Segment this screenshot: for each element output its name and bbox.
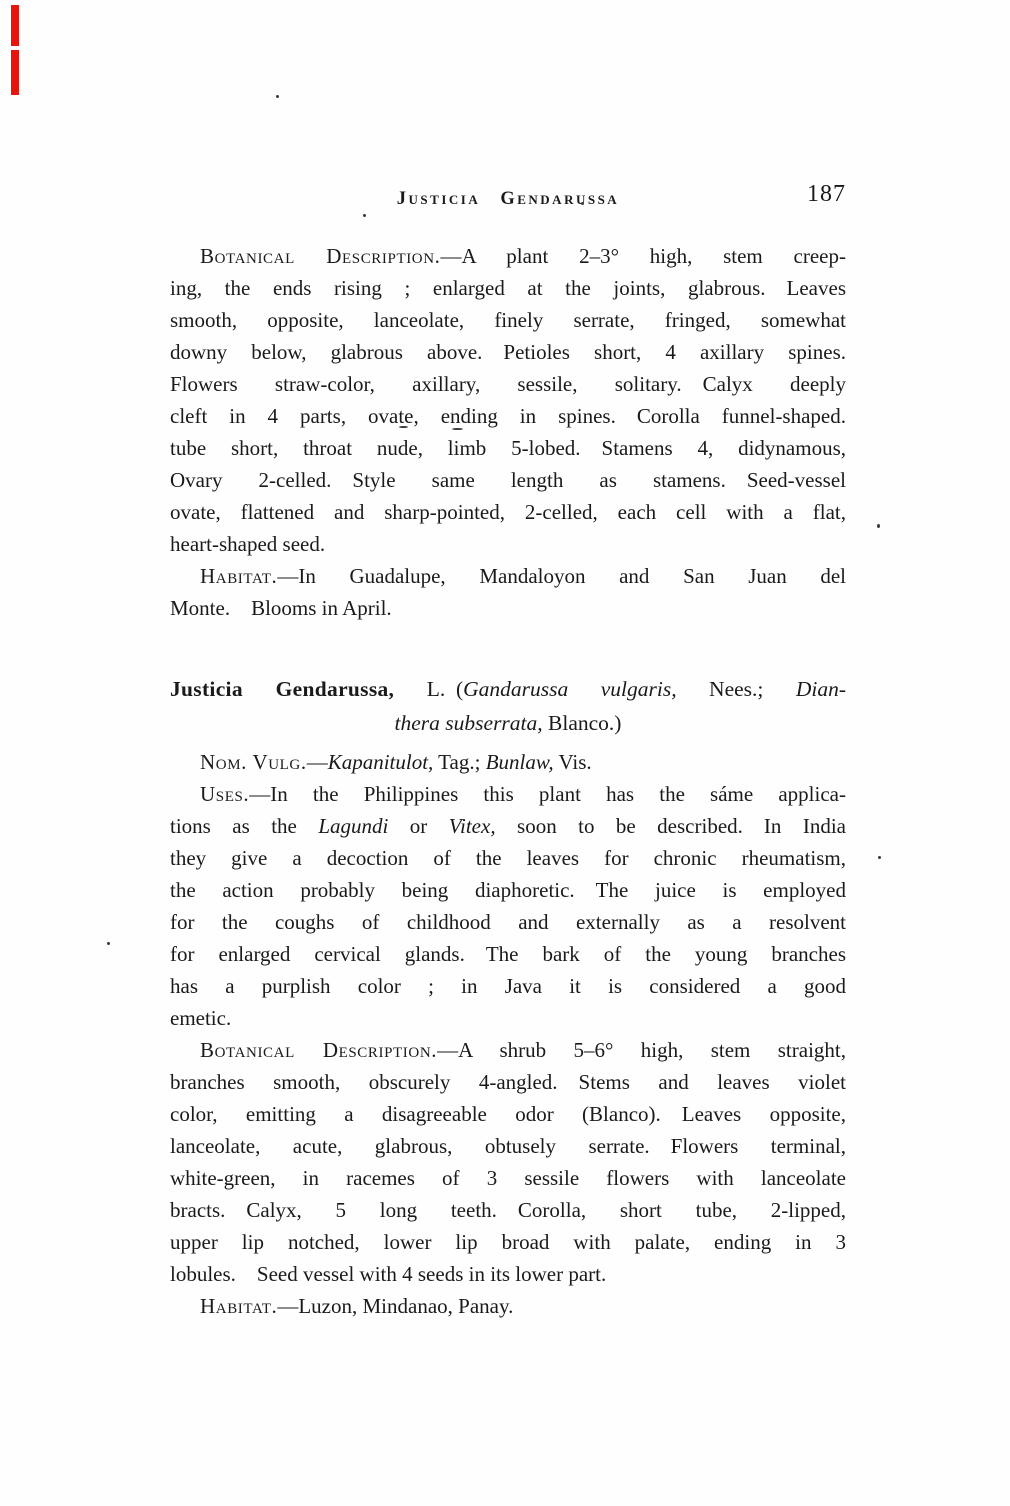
ink-speck (581, 202, 584, 205)
page-number: 187 (807, 181, 846, 208)
text-segment: tube short, throat nude, limb 5-lobed. S… (170, 436, 846, 460)
text-line: cleft in 4 parts, ovate, ending in spine… (170, 400, 846, 432)
text-line: white-green, in racemes of 3 sessile flo… (170, 1162, 846, 1194)
text-line: Nom. Vulg.—Kapanitulot, Tag.; Bunlaw, Vi… (170, 746, 846, 778)
text-segment: — (307, 750, 328, 774)
text-segment: Justicia Gendarussa, (170, 677, 394, 701)
text-line: Botanical Description.—A shrub 5–6° high… (170, 1034, 846, 1066)
ink-speck (877, 524, 880, 528)
text-segment: tions as the (170, 814, 318, 838)
text-segment: lanceolate, acute, glabrous, obtusely se… (170, 1134, 846, 1158)
text-line: downy below, glabrous above. Petioles sh… (170, 336, 846, 368)
text-segment: L. ( (394, 677, 463, 701)
text-segment: Uses. (200, 782, 249, 806)
text-line: tions as the Lagundi or Vitex, soon to b… (170, 810, 846, 842)
text-segment: Habitat. (200, 1294, 277, 1318)
text-line: for the coughs of childhood and external… (170, 906, 846, 938)
running-header: Justicia Gendarussa 187 (170, 186, 846, 212)
text-segment: for enlarged cervical glands. The bark o… (170, 942, 846, 966)
text-segment: —A plant 2–3° high, stem creep- (441, 244, 846, 268)
text-line: has a purplish color ; in Java it is con… (170, 970, 846, 1002)
text-segment: for the coughs of childhood and external… (170, 910, 846, 934)
text-segment: Lagundi (318, 814, 388, 838)
text-segment: the action probably being diaphoretic. T… (170, 878, 846, 902)
running-header-title: Justicia Gendarussa (170, 186, 846, 212)
ink-speck (399, 426, 408, 428)
ink-speck (276, 95, 279, 98)
text-segment: Nees.; (677, 677, 796, 701)
text-segment: Kapanitulot, (328, 750, 434, 774)
text-segment: they give a decoction of the leaves for … (170, 846, 846, 870)
text-segment: ovate, flattened and sharp-pointed, 2-ce… (170, 500, 846, 524)
text-segment: white-green, in racemes of 3 sessile flo… (170, 1166, 846, 1190)
ink-speck (363, 214, 366, 217)
text-segment: ing, the ends rising ; enlarged at the j… (170, 276, 846, 300)
text-line: branches smooth, obscurely 4-angled. Ste… (170, 1066, 846, 1098)
text-line: Habitat.—In Guadalupe, Mandaloyon and Sa… (170, 560, 846, 592)
paragraph-habitat-2: Habitat.—Luzon, Mindanao, Panay. (170, 1290, 846, 1322)
text-segment: has a purplish color ; in Java it is con… (170, 974, 846, 998)
text-line: the action probably being diaphoretic. T… (170, 874, 846, 906)
text-column: Justicia Gendarussa 187 Botanical Descri… (170, 186, 846, 1322)
text-segment: Tag.; (433, 750, 485, 774)
text-line: thera subserrata, Blanco.) (170, 706, 846, 740)
text-line: color, emitting a disagreeable odor (Bla… (170, 1098, 846, 1130)
species-heading: Justicia Gendarussa, L. (Gandarussa vulg… (170, 672, 846, 740)
text-line: they give a decoction of the leaves for … (170, 842, 846, 874)
text-segment: Ovary 2-celled. Style same length as sta… (170, 468, 846, 492)
text-line: Uses.—In the Philippines this plant has … (170, 778, 846, 810)
text-segment: Habitat. (200, 564, 277, 588)
text-segment: cleft in 4 parts, ovate, ending in spine… (170, 404, 846, 428)
text-segment: emetic. (170, 1006, 231, 1030)
text-line: upper lip notched, lower lip broad with … (170, 1226, 846, 1258)
text-segment: color, emitting a disagreeable odor (Bla… (170, 1102, 846, 1126)
text-segment: —Luzon, Mindanao, Panay. (277, 1294, 513, 1318)
text-line: lobules. Seed vessel with 4 seeds in its… (170, 1258, 846, 1290)
text-segment: Blanco.) (543, 711, 622, 735)
text-line: Botanical Description.—A plant 2–3° high… (170, 240, 846, 272)
text-line: smooth, opposite, lanceolate, finely ser… (170, 304, 846, 336)
text-segment: —In Guadalupe, Mandaloyon and San Juan d… (277, 564, 846, 588)
paragraph-botanical-description-2: Botanical Description.—A shrub 5–6° high… (170, 1034, 846, 1290)
paragraph-botanical-description-1: Botanical Description.—A plant 2–3° high… (170, 240, 846, 560)
text-segment: thera subserrata, (395, 711, 543, 735)
text-line: Habitat.—Luzon, Mindanao, Panay. (170, 1290, 846, 1322)
paragraph-nom-vulg: Nom. Vulg.—Kapanitulot, Tag.; Bunlaw, Vi… (170, 746, 846, 778)
red-scan-mark (11, 50, 19, 95)
text-line: ovate, flattened and sharp-pointed, 2-ce… (170, 496, 846, 528)
text-segment: Botanical Description. (200, 1038, 437, 1062)
paragraph-uses: Uses.—In the Philippines this plant has … (170, 778, 846, 1034)
text-segment: Botanical Description. (200, 244, 441, 268)
text-segment: Vitex, (449, 814, 496, 838)
text-segment: Nom. Vulg. (200, 750, 307, 774)
text-segment: Gandarussa vulgaris, (463, 677, 676, 701)
paragraph-habitat-1: Habitat.—In Guadalupe, Mandaloyon and Sa… (170, 560, 846, 624)
text-segment: —A shrub 5–6° high, stem straight, (437, 1038, 846, 1062)
text-line: Monte. Blooms in April. (170, 592, 846, 624)
text-segment: Bunlaw, (486, 750, 554, 774)
text-line: tube short, throat nude, limb 5-lobed. S… (170, 432, 846, 464)
ink-speck (452, 428, 463, 430)
ink-speck (107, 942, 110, 945)
text-segment: smooth, opposite, lanceolate, finely ser… (170, 308, 846, 332)
text-segment: heart-shaped seed. (170, 532, 325, 556)
text-segment: bracts. Calyx, 5 long teeth. Corolla, sh… (170, 1198, 846, 1222)
text-segment: Dian- (796, 677, 846, 701)
text-segment: downy below, glabrous above. Petioles sh… (170, 340, 846, 364)
text-line: emetic. (170, 1002, 846, 1034)
ink-speck (878, 856, 881, 859)
text-segment: lobules. Seed vessel with 4 seeds in its… (170, 1262, 606, 1286)
text-line: Flowers straw-color, axillary, sessile, … (170, 368, 846, 400)
text-line: bracts. Calyx, 5 long teeth. Corolla, sh… (170, 1194, 846, 1226)
text-segment: branches smooth, obscurely 4-angled. Ste… (170, 1070, 846, 1094)
text-segment: or (388, 814, 448, 838)
text-line: lanceolate, acute, glabrous, obtusely se… (170, 1130, 846, 1162)
text-segment: upper lip notched, lower lip broad with … (170, 1230, 846, 1254)
text-segment: soon to be described. In India (496, 814, 846, 838)
red-scan-mark (11, 5, 19, 46)
text-segment: Flowers straw-color, axillary, sessile, … (170, 372, 846, 396)
book-page: Justicia Gendarussa 187 Botanical Descri… (0, 0, 1010, 1506)
text-line: heart-shaped seed. (170, 528, 846, 560)
text-line: for enlarged cervical glands. The bark o… (170, 938, 846, 970)
text-line: ing, the ends rising ; enlarged at the j… (170, 272, 846, 304)
text-segment: Monte. Blooms in April. (170, 596, 392, 620)
text-line: Ovary 2-celled. Style same length as sta… (170, 464, 846, 496)
text-segment: Vis. (554, 750, 592, 774)
text-segment: —In the Philippines this plant has the s… (249, 782, 846, 806)
text-line: Justicia Gendarussa, L. (Gandarussa vulg… (170, 672, 846, 706)
